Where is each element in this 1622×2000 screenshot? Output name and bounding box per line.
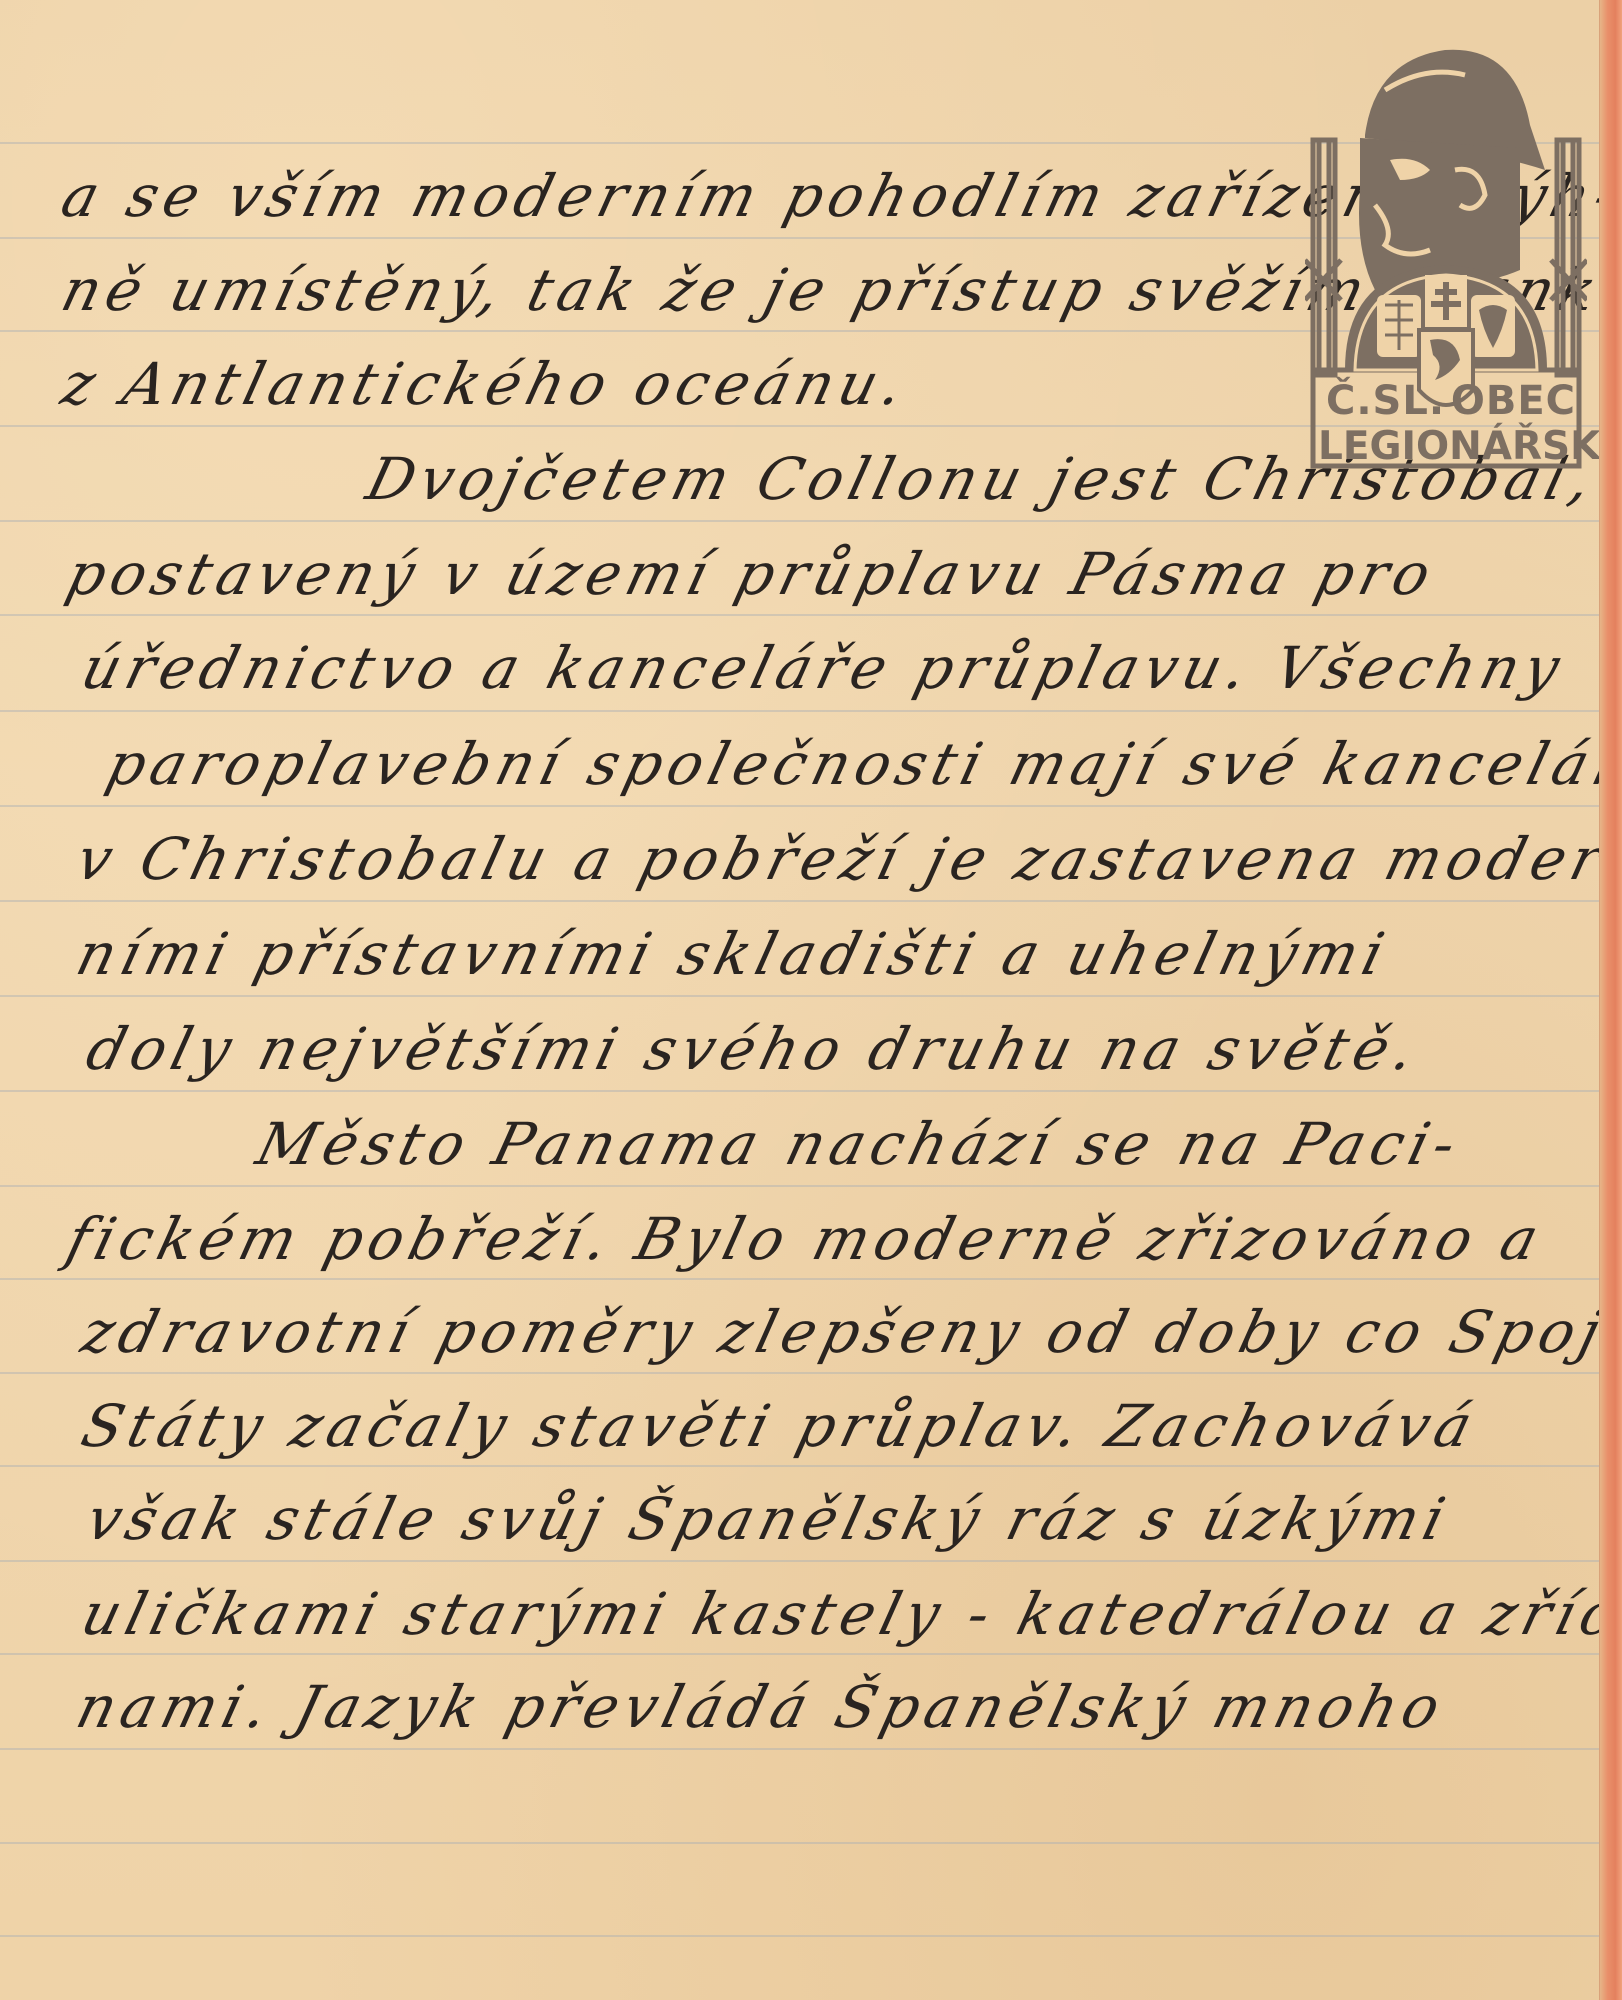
- ruled-line: [0, 1185, 1600, 1187]
- ruled-line: [0, 710, 1600, 712]
- ruled-line: [0, 995, 1600, 997]
- text-line: ními přístavními skladišti a uhelnými: [70, 920, 1397, 988]
- text-line: postavený v území průplavu Pásma pro: [60, 540, 1443, 608]
- ruled-line: [0, 1090, 1600, 1092]
- emblem-label-top: Č.SL. OBEC: [1318, 378, 1584, 424]
- ruled-line: [0, 1372, 1600, 1374]
- text-line: Státy začaly stavěti průplav. Zachovává: [75, 1392, 1485, 1460]
- text-line: úřednictvo a kanceláře průplavu. Všechny: [75, 634, 1572, 702]
- ruled-line: [0, 1935, 1600, 1937]
- ruled-line: [0, 1842, 1600, 1844]
- text-line: však stále svůj Španělský ráz s úzkými: [80, 1485, 1458, 1553]
- text-line: zdravotní poměry zlepšeny od doby co Spo…: [75, 1298, 1622, 1366]
- ruled-line: [0, 520, 1600, 522]
- text-line: z Antlantického oceánu.: [55, 350, 916, 418]
- ruled-line: [0, 1748, 1600, 1750]
- text-line: paroplavební společnosti mají své kancel…: [100, 730, 1622, 798]
- emblem-text-left: Č.SL.: [1326, 378, 1445, 424]
- text-line: nami. Jazyk převládá Španělský mnoho: [70, 1673, 1453, 1741]
- text-line: v Christobalu a pobřeží je zastavena mod…: [70, 825, 1622, 893]
- text-line: Město Panama nachází se na Paci-: [250, 1110, 1468, 1178]
- ruled-line: [0, 900, 1600, 902]
- page-edge: [1599, 0, 1622, 2000]
- emblem-text-bottom: LEGIONÁŘSKÁ: [1318, 424, 1584, 469]
- ruled-line: [0, 1560, 1600, 1562]
- notebook-page: a se vším moderním pohodlím zařízený, Vý…: [0, 0, 1600, 2000]
- text-line: doly největšími svého druhu na světě.: [80, 1015, 1427, 1083]
- ruled-line: [0, 1465, 1600, 1467]
- text-line: fickém pobřeží. Bylo moderně zřizováno a: [60, 1205, 1551, 1273]
- ruled-line: [0, 805, 1600, 807]
- ruled-line: [0, 1653, 1600, 1655]
- emblem-text-right: OBEC: [1451, 378, 1576, 424]
- text-line: uličkami starými kastely - katedrálou a …: [75, 1580, 1622, 1648]
- ruled-line: [0, 1278, 1600, 1280]
- ruled-line: [0, 614, 1600, 616]
